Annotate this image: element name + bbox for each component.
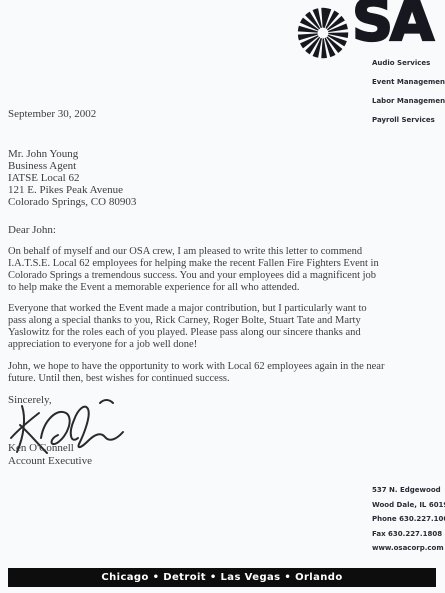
office-address-block: 537 N. Edgewood Wood Dale, IL 60191 Phon…	[372, 483, 445, 556]
body-paragraph-2: Everyone that worked the Event made a ma…	[8, 303, 440, 351]
service-item-event: Event Management	[372, 72, 445, 91]
service-item-audio: Audio Services	[372, 53, 445, 72]
body-paragraph-3: John, we hope to have the opportunity to…	[8, 361, 440, 385]
address-city: Wood Dale, IL 60191	[372, 498, 445, 513]
cities-text: Chicago • Detroit • Las Vegas • Orlando	[101, 572, 342, 583]
signer-title: Account Executive	[8, 455, 92, 468]
services-list: Audio Services Event Management Labor Ma…	[372, 53, 445, 129]
address-street: 537 N. Edgewood	[372, 483, 445, 498]
address-fax: Fax 630.227.1808	[372, 527, 445, 542]
osa-wheel-icon	[296, 6, 350, 60]
service-item-labor: Labor Management	[372, 91, 445, 110]
letter-page: SA Audio Services Event Management Labor…	[0, 0, 445, 593]
salutation: Dear John:	[8, 224, 56, 236]
body-paragraph-1: On behalf of myself and our OSA crew, I …	[8, 246, 440, 294]
logo-text: SA	[352, 0, 431, 46]
cities-bar: Chicago • Detroit • Las Vegas • Orlando	[8, 568, 436, 587]
address-phone: Phone 630.227.1008	[372, 512, 445, 527]
recipient-address-block: Mr. John Young Business Agent IATSE Loca…	[8, 148, 136, 208]
signer-block: Ken O'Connell Account Executive	[8, 442, 92, 467]
signer-name: Ken O'Connell	[8, 442, 92, 455]
service-item-payroll: Payroll Services	[372, 110, 445, 129]
address-website: www.osacorp.com	[372, 541, 445, 556]
letter-date: September 30, 2002	[8, 108, 96, 120]
